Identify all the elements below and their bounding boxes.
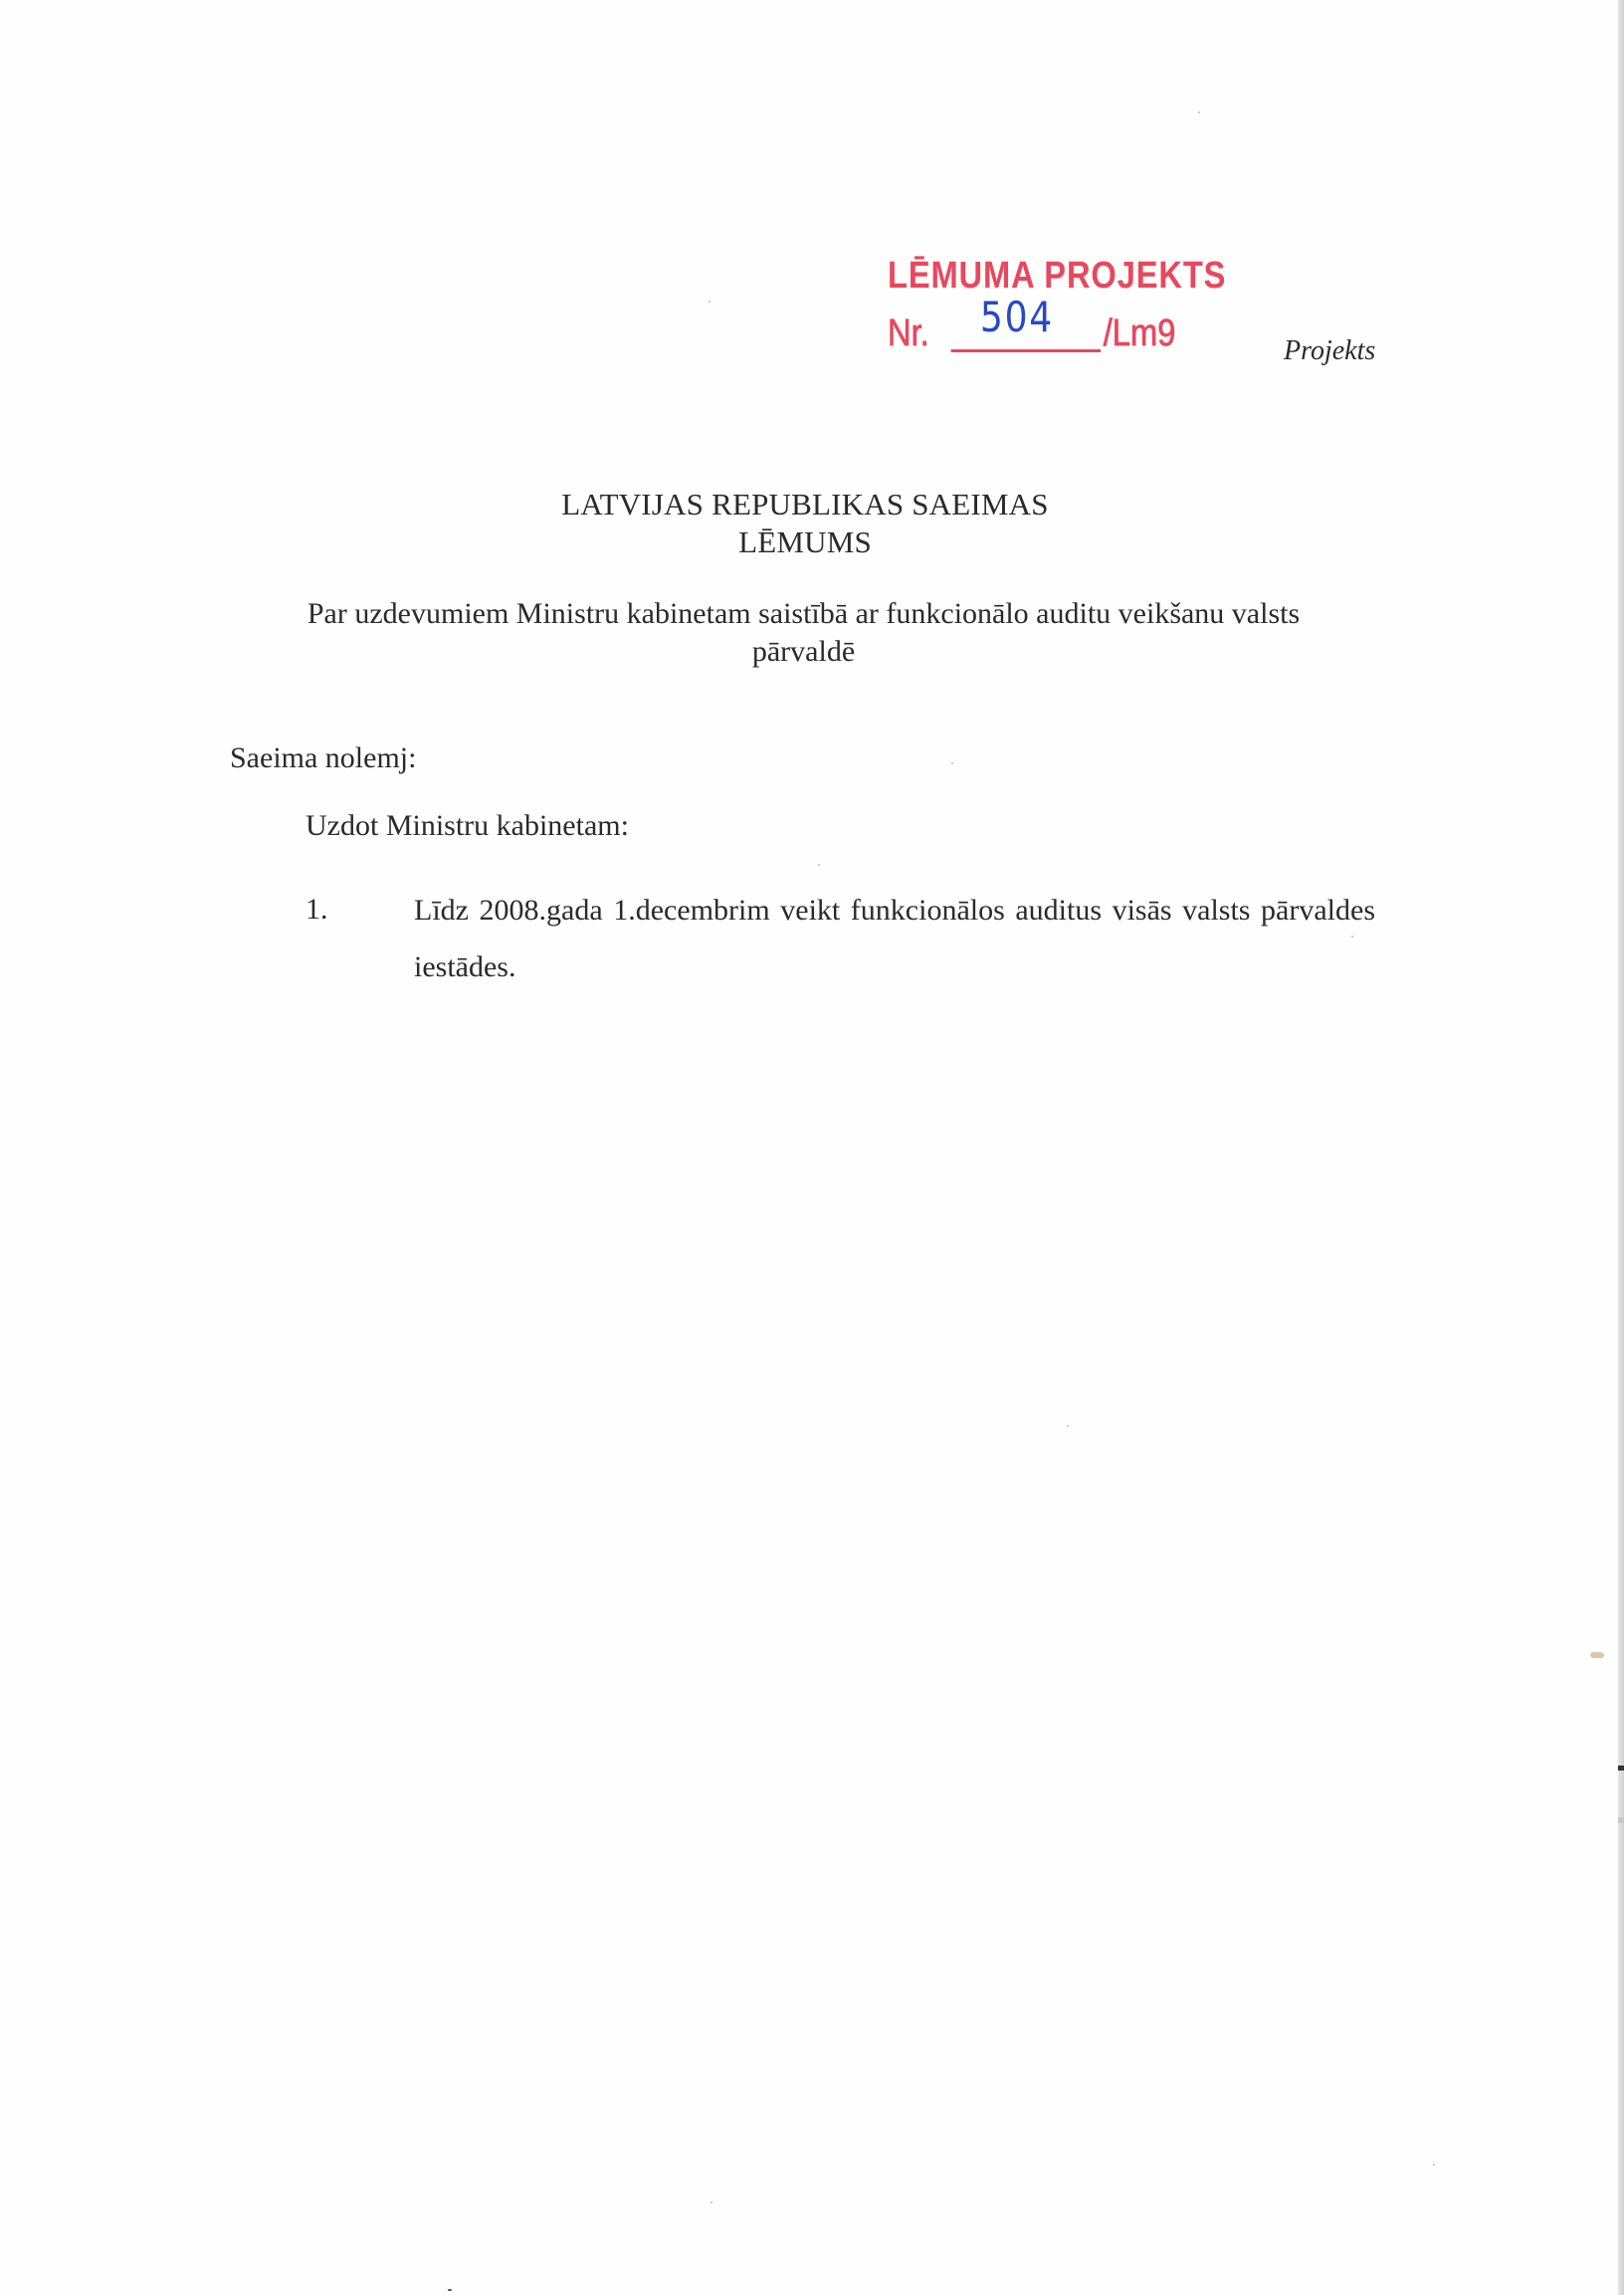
scan-speck	[709, 301, 710, 303]
document-page: LĒMUMA PROJEKTS Nr. 504 /Lm9 Projekts LA…	[0, 0, 1618, 2295]
stamp-number-row: Nr. 504 /Lm9	[888, 314, 1127, 354]
scan-speck	[951, 762, 953, 764]
scan-edge-mark	[1618, 1766, 1624, 1771]
scan-speck	[1067, 1425, 1069, 1427]
list-item-text: Līdz 2008.gada 1.decembrim veikt funkcio…	[414, 882, 1375, 995]
stamp-number-suffix: /Lm9	[1104, 314, 1176, 352]
handwritten-registration-number: 504	[980, 299, 1054, 336]
decision-intro: Saeima nolemj:	[230, 739, 416, 777]
scan-page-edge	[1618, 0, 1624, 2295]
draft-decision-stamp: LĒMUMA PROJEKTS Nr. 504 /Lm9	[888, 257, 1127, 354]
scan-speck	[1198, 111, 1200, 113]
document-subtitle: Par uzdevumiem Ministru kabinetam saistī…	[269, 595, 1338, 671]
scan-stain	[1590, 1652, 1604, 1658]
scan-speck	[448, 2289, 452, 2291]
assignment-intro: Uzdot Ministru kabinetam:	[305, 807, 629, 845]
list-item-number: 1.	[305, 891, 328, 929]
scan-edge-mark	[1618, 1817, 1624, 1823]
scan-speck	[1433, 2164, 1435, 2166]
document-title-type: LĒMUMS	[0, 523, 1617, 561]
scan-speck	[818, 864, 820, 866]
draft-label: Projekts	[1284, 334, 1375, 368]
stamp-title: LĒMUMA PROJEKTS	[888, 257, 1127, 295]
scan-speck	[710, 2201, 712, 2203]
stamp-number-prefix: Nr.	[888, 314, 929, 352]
document-title-issuer: LATVIJAS REPUBLIKAS SAEIMAS	[0, 486, 1617, 523]
stamp-number-underline	[951, 349, 1102, 352]
scan-speck	[1351, 936, 1353, 938]
